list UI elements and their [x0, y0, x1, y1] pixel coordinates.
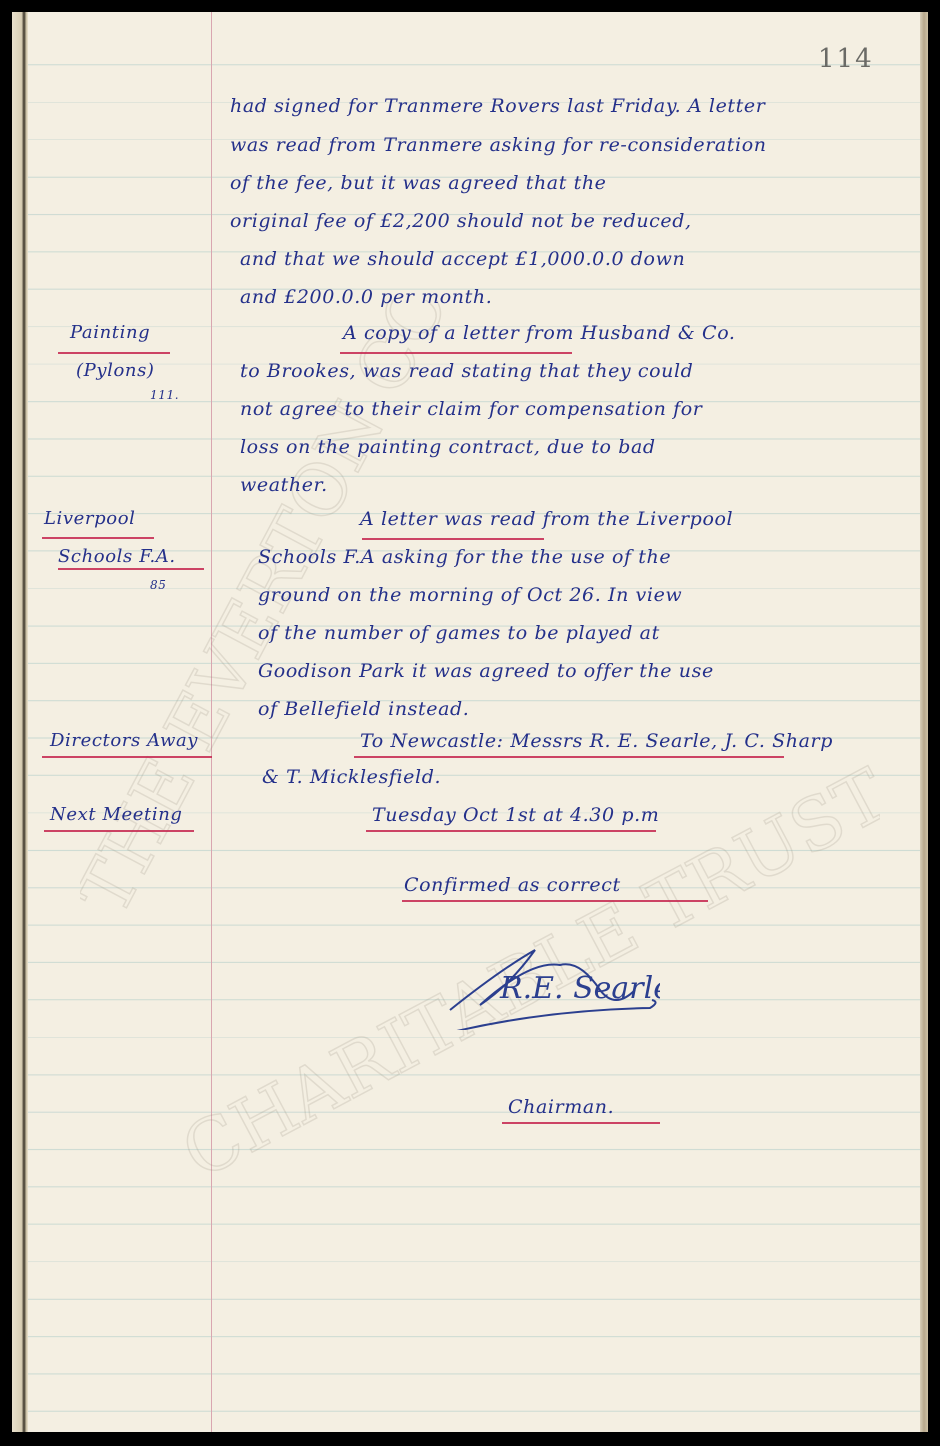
margin-heading: Liverpool: [44, 508, 136, 529]
minute-line: of Bellefield instead.: [258, 698, 469, 720]
heading-underline: [42, 756, 212, 758]
page-number: 114: [818, 44, 874, 74]
margin-rule: [211, 12, 212, 1432]
confirmation-text: Confirmed as correct: [404, 874, 621, 896]
text-underline: [354, 756, 784, 758]
minute-line: of the number of games to be played at: [258, 622, 660, 644]
minute-line: Goodison Park it was agreed to offer the…: [258, 660, 714, 682]
body-line: of the fee, but it was agreed that the: [230, 172, 607, 194]
minute-line: A copy of a letter from Husband & Co.: [343, 322, 736, 344]
heading-underline: [58, 352, 170, 354]
margin-heading: (Pylons): [76, 360, 155, 381]
confirmation-underline: [402, 900, 708, 902]
body-line: original fee of £2,200 should not be red…: [230, 210, 692, 232]
chairman-title: Chairman.: [508, 1096, 614, 1118]
heading-underline: [44, 830, 194, 832]
body-line: and that we should accept £1,000.0.0 dow…: [240, 248, 685, 270]
minute-line: weather.: [240, 474, 328, 496]
page-fore-edge: [920, 12, 928, 1432]
body-line: and £200.0.0 per month.: [240, 286, 492, 308]
page-binding-edge: [12, 12, 28, 1432]
minute-line: & T. Micklesfield.: [262, 766, 441, 788]
margin-reference: 111.: [150, 388, 179, 402]
signature-text: R.E. Searle.: [499, 971, 660, 1006]
margin-heading: Next Meeting: [50, 804, 183, 825]
margin-heading: Schools F.A.: [58, 546, 176, 567]
text-underline: [366, 830, 656, 832]
text-underline: [362, 538, 544, 540]
minute-line: not agree to their claim for compensatio…: [240, 398, 702, 420]
minute-line: Schools F.A asking for the the use of th…: [258, 546, 671, 568]
minute-line: loss on the painting contract, due to ba…: [240, 436, 656, 458]
minute-line: To Newcastle: Messrs R. E. Searle, J. C.…: [360, 730, 833, 752]
margin-heading: Directors Away: [50, 730, 198, 751]
heading-underline: [42, 537, 154, 539]
minute-line: to Brookes, was read stating that they c…: [240, 360, 693, 382]
minute-line: Tuesday Oct 1st at 4.30 p.m: [372, 804, 659, 826]
minute-line: A letter was read from the Liverpool: [360, 508, 733, 530]
body-line: was read from Tranmere asking for re-con…: [230, 134, 767, 156]
minute-line: ground on the morning of Oct 26. In view: [258, 584, 682, 606]
text-underline: [340, 352, 572, 354]
body-line: had signed for Tranmere Rovers last Frid…: [230, 95, 765, 117]
chairman-underline: [502, 1122, 660, 1124]
chairman-signature: R.E. Searle.: [440, 930, 660, 1030]
margin-heading: Painting: [70, 322, 150, 343]
margin-reference: 85: [150, 578, 166, 592]
heading-underline: [58, 568, 204, 570]
